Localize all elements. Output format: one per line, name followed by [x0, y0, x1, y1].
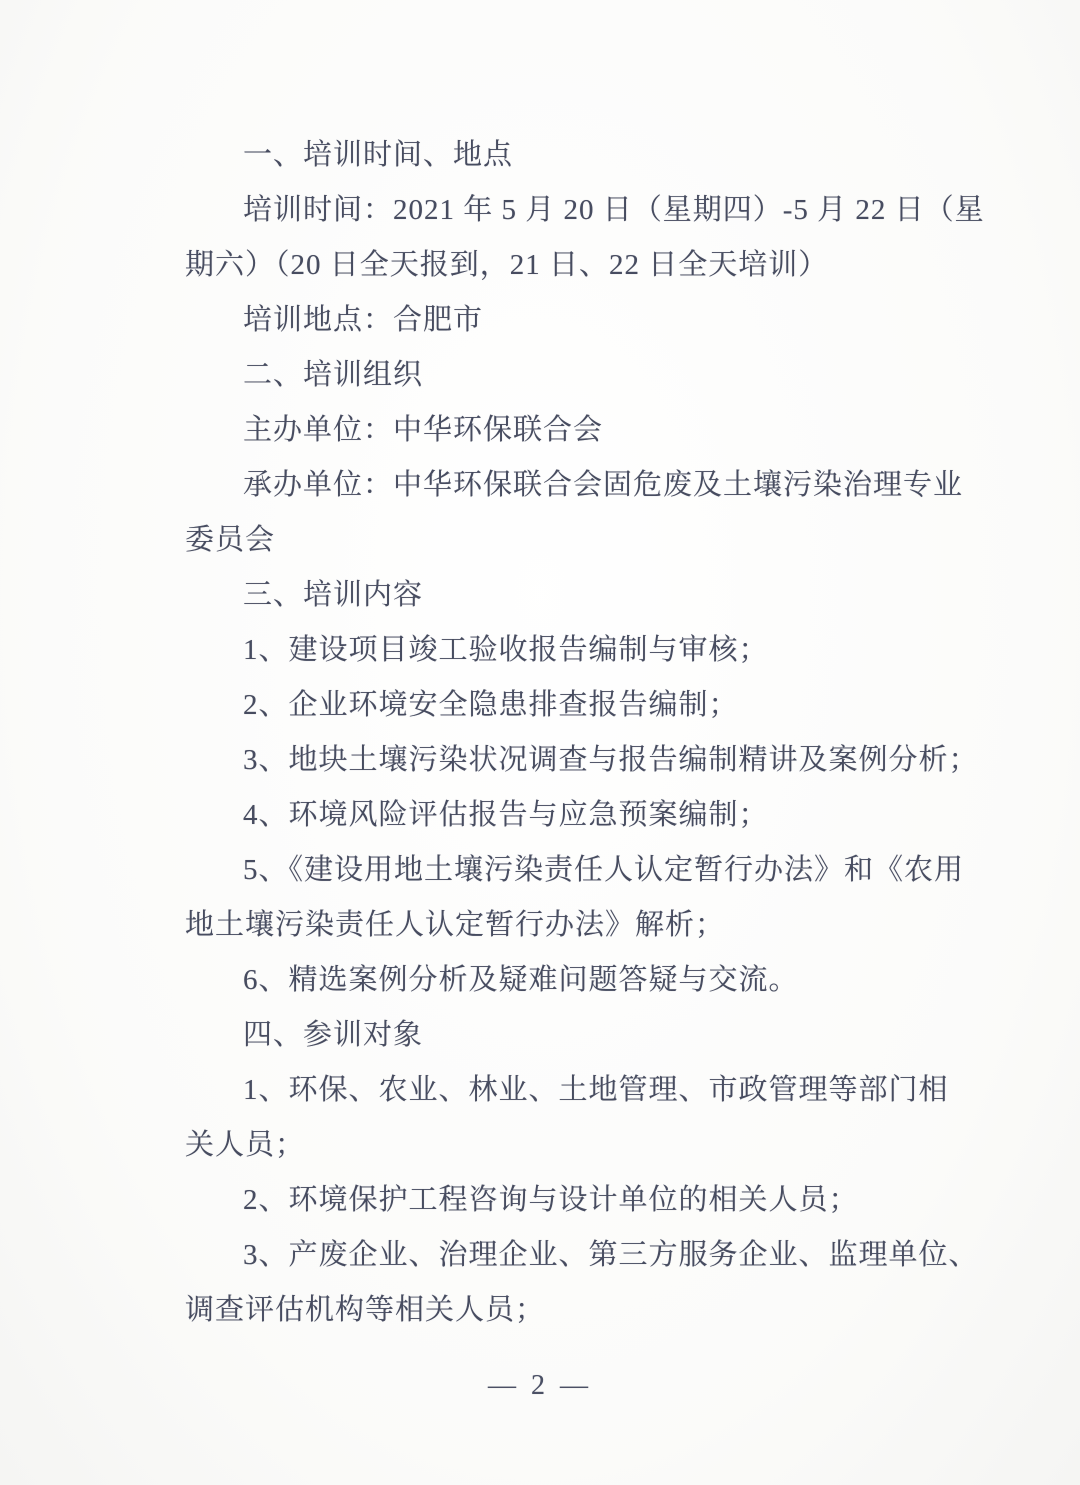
document-line: 关人员；	[185, 1118, 940, 1173]
document-body: 一、培训时间、地点培训时间：2021 年 5 月 20 日（星期四）-5 月 2…	[185, 128, 940, 1338]
document-line: 期六）（20 日全天报到，21 日、22 日全天培训）	[185, 238, 940, 293]
document-line: 6、精选案例分析及疑难问题答疑与交流。	[185, 953, 940, 1008]
document-line: 一、培训时间、地点	[185, 128, 940, 183]
document-line: 地土壤污染责任人认定暂行办法》解析；	[185, 898, 940, 953]
document-line: 主办单位：中华环保联合会	[185, 403, 940, 458]
document-line: 委员会	[185, 513, 940, 568]
document-line: 承办单位：中华环保联合会固危废及土壤污染治理专业	[185, 458, 940, 513]
document-line: 三、培训内容	[185, 568, 940, 623]
document-line: 培训地点：合肥市	[185, 293, 940, 348]
document-line: 5、《建设用地土壤污染责任人认定暂行办法》和《农用	[185, 843, 940, 898]
document-line: 2、企业环境安全隐患排查报告编制；	[185, 678, 940, 733]
document-line: 2、环境保护工程咨询与设计单位的相关人员；	[185, 1173, 940, 1228]
document-line: 3、产废企业、治理企业、第三方服务企业、监理单位、	[185, 1228, 940, 1283]
document-line: 调查评估机构等相关人员；	[185, 1283, 940, 1338]
document-line: 1、环保、农业、林业、土地管理、市政管理等部门相	[185, 1063, 940, 1118]
document-line: 1、建设项目竣工验收报告编制与审核；	[185, 623, 940, 678]
document-line: 3、地块土壤污染状况调查与报告编制精讲及案例分析；	[185, 733, 940, 788]
document-line: 培训时间：2021 年 5 月 20 日（星期四）-5 月 22 日（星	[185, 183, 940, 238]
document-line: 四、参训对象	[185, 1008, 940, 1063]
page-number: — 2 —	[0, 1358, 1080, 1413]
document-line: 二、培训组织	[185, 348, 940, 403]
document-page: 一、培训时间、地点培训时间：2021 年 5 月 20 日（星期四）-5 月 2…	[0, 0, 1080, 1485]
document-line: 4、环境风险评估报告与应急预案编制；	[185, 788, 940, 843]
